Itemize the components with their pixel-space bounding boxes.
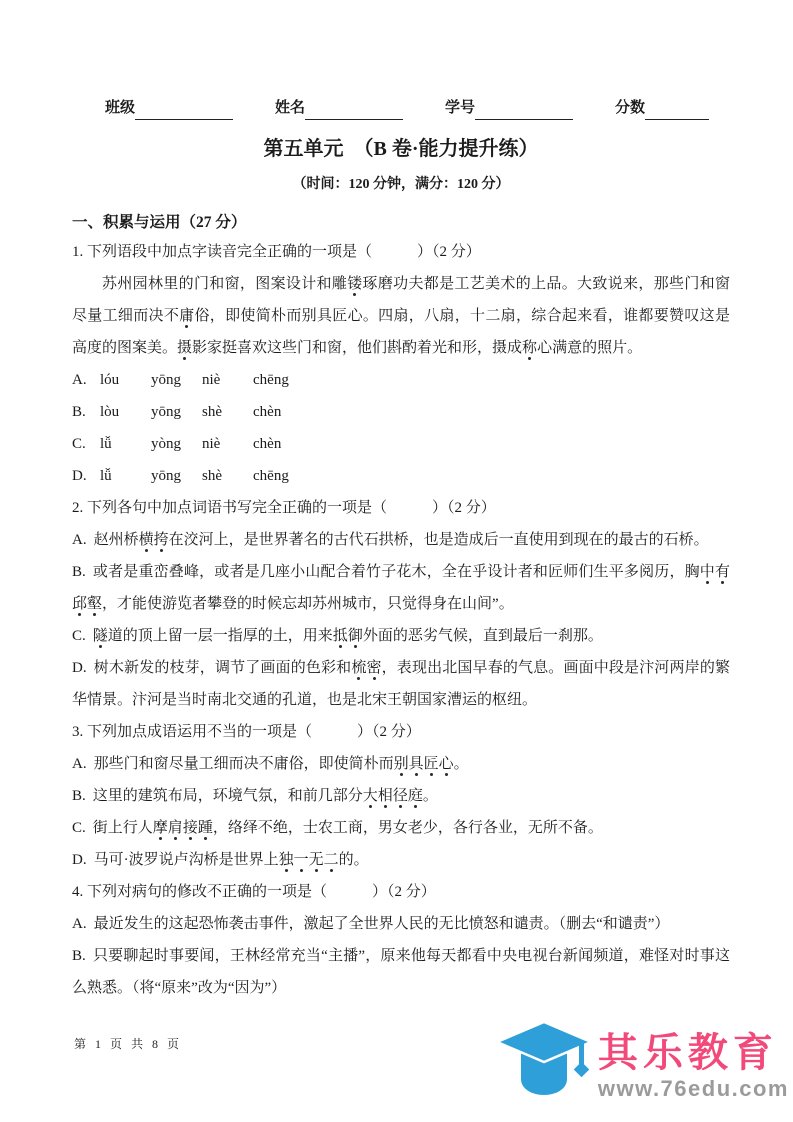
option-text: 最近发生的这起恐怖袭击事件，激起了全世界人民的无比愤怒和谴责。（删去“和谴责”）	[94, 916, 670, 932]
pinyin-value: shè	[202, 396, 253, 428]
question-1-stem: 1. 下列语段中加点字读音完全正确的一项是（ ）（2 分）	[72, 236, 730, 268]
exam-subtitle: （时间：120 分钟，满分：120 分）	[72, 175, 730, 195]
name-field: 姓名	[275, 96, 403, 120]
student-id-field: 学号	[445, 96, 573, 120]
question-2-option-b: B.或者是重峦叠峰，或者是几座小山配合着竹子花木，全在乎设计者和匠师们生平多阅历…	[72, 556, 730, 620]
question-2-option-c: C.隧道的顶上留一层一指厚的土，用来抵御外面的恶劣气候，直到最后一刹那。	[72, 620, 730, 652]
blank-underline	[305, 102, 403, 120]
option-letter: D.	[72, 660, 87, 676]
question-4-stem: 4. 下列对病句的修改不正确的一项是（ ）（2 分）	[72, 876, 730, 908]
option-letter: B.	[72, 564, 86, 580]
brand-website: www.76edu.com	[598, 1076, 789, 1102]
option-text: 只要聊起时事要闻，王林经常充当“主播”，原来他每天都看中央电视台新闻频道，难怪对…	[72, 948, 730, 996]
question-3-option-c: C.街上行人摩肩接踵，络绎不绝，士农工商，男女老少，各行各业，无所不备。	[72, 812, 730, 844]
pinyin-value: chèn	[253, 428, 304, 460]
option-letter: C.	[72, 428, 100, 460]
pinyin-value: yōng	[151, 396, 202, 428]
pinyin-value: chēng	[253, 364, 304, 396]
option-letter: A.	[72, 532, 87, 548]
option-text: 隧道的顶上留一层一指厚的土，用来抵御外面的恶劣气候，直到最后一刹那。	[93, 628, 603, 644]
pinyin-value: chēng	[253, 460, 304, 492]
option-letter: C.	[72, 628, 86, 644]
option-letter: B.	[72, 396, 100, 428]
blank-underline	[645, 102, 709, 120]
option-letter: D.	[72, 852, 87, 868]
question-3-option-d: D.马可·波罗说卢沟桥是世界上独一无二的。	[72, 844, 730, 876]
student-id-label: 学号	[445, 96, 475, 120]
option-letter: A.	[72, 756, 87, 772]
blank-underline	[135, 102, 233, 120]
option-letter: B.	[72, 788, 86, 804]
option-letter: B.	[72, 948, 86, 964]
brand-logo: 其乐教育 www.76edu.com	[494, 1017, 789, 1114]
pinyin-value: lǚ	[100, 460, 151, 492]
blank-underline	[475, 102, 573, 120]
pinyin-value: shè	[202, 460, 253, 492]
option-text: 或者是重峦叠峰，或者是几座小山配合着竹子花木，全在乎设计者和匠师们生平多阅历，胸…	[72, 564, 730, 612]
question-4-option-a: A.最近发生的这起恐怖袭击事件，激起了全世界人民的无比愤怒和谴责。（删去“和谴责…	[72, 908, 730, 940]
pinyin-value: lóu	[100, 364, 151, 396]
option-text: 这里的建筑布局，环境气氛，和前几部分大相径庭。	[93, 788, 438, 804]
pinyin-value: yōng	[151, 364, 202, 396]
logo-text: 其乐教育 www.76edu.com	[598, 1030, 789, 1102]
question-3-option-a: A.那些门和窗尽量工细而决不庸俗，即使简朴而别具匠心。	[72, 748, 730, 780]
student-info-row: 班级 姓名 学号 分数	[72, 96, 730, 120]
pinyin-value: yōng	[151, 460, 202, 492]
question-4-option-b: B.只要聊起时事要闻，王林经常充当“主播”，原来他每天都看中央电视台新闻频道，难…	[72, 940, 730, 1004]
question-1-option-a: A. lóu yōng niè chēng	[72, 364, 730, 396]
exam-content: 班级 姓名 学号 分数 第五单元 （B 卷·能力提升练） （时间：120 分钟，…	[72, 96, 730, 1004]
page-number: 第 1 页 共 8 页	[74, 1035, 182, 1052]
section-heading: 一、积累与运用（27 分）	[72, 209, 730, 236]
option-text: 马可·波罗说卢沟桥是世界上独一无二的。	[94, 852, 369, 868]
pinyin-value: chèn	[253, 396, 304, 428]
option-letter: D.	[72, 460, 100, 492]
question-2-option-a: A.赵州桥横挎在洨河上，是世界著名的古代石拱桥，也是造成后一直使用到现在的最古的…	[72, 524, 730, 556]
question-2-option-d: D.树木新发的枝芽，调节了画面的色彩和梳密，表现出北国早春的气息。画面中段是汴河…	[72, 652, 730, 716]
question-3-option-b: B.这里的建筑布局，环境气氛，和前几部分大相径庭。	[72, 780, 730, 812]
option-text: 赵州桥横挎在洨河上，是世界著名的古代石拱桥，也是造成后一直使用到现在的最古的石桥…	[94, 532, 709, 548]
graduation-cap-icon	[494, 1017, 594, 1114]
pinyin-value: lǚ	[100, 428, 151, 460]
pinyin-value: lòu	[100, 396, 151, 428]
option-letter: C.	[72, 820, 86, 836]
exam-title: 第五单元 （B 卷·能力提升练）	[72, 136, 730, 163]
exam-document-page: 班级 姓名 学号 分数 第五单元 （B 卷·能力提升练） （时间：120 分钟，…	[0, 0, 793, 1122]
pinyin-value: niè	[202, 428, 253, 460]
question-1-option-b: B. lòu yōng shè chèn	[72, 396, 730, 428]
class-label: 班级	[105, 96, 135, 120]
brand-name: 其乐教育	[598, 1030, 778, 1076]
question-2-stem: 2. 下列各句中加点词语书写完全正确的一项是（ ）（2 分）	[72, 492, 730, 524]
option-text: 那些门和窗尽量工细而决不庸俗，即使简朴而别具匠心。	[94, 756, 469, 772]
name-label: 姓名	[275, 96, 305, 120]
question-3-stem: 3. 下列加点成语运用不当的一项是（ ）（2 分）	[72, 716, 730, 748]
pinyin-value: niè	[202, 364, 253, 396]
score-field: 分数	[615, 96, 709, 120]
option-text: 街上行人摩肩接踵，络绎不绝，士农工商，男女老少，各行各业，无所不备。	[93, 820, 603, 836]
score-label: 分数	[615, 96, 645, 120]
question-1-option-d: D. lǚ yōng shè chēng	[72, 460, 730, 492]
option-letter: A.	[72, 364, 100, 396]
option-letter: A.	[72, 916, 87, 932]
question-1-option-c: C. lǚ yòng niè chèn	[72, 428, 730, 460]
option-text: 树木新发的枝芽，调节了画面的色彩和梳密，表现出北国早春的气息。画面中段是汴河两岸…	[72, 660, 730, 708]
pinyin-value: yòng	[151, 428, 202, 460]
class-field: 班级	[105, 96, 233, 120]
question-1-passage: 苏州园林里的门和窗，图案设计和雕镂琢磨功夫都是工艺美术的上品。大致说来，那些门和…	[72, 268, 730, 364]
